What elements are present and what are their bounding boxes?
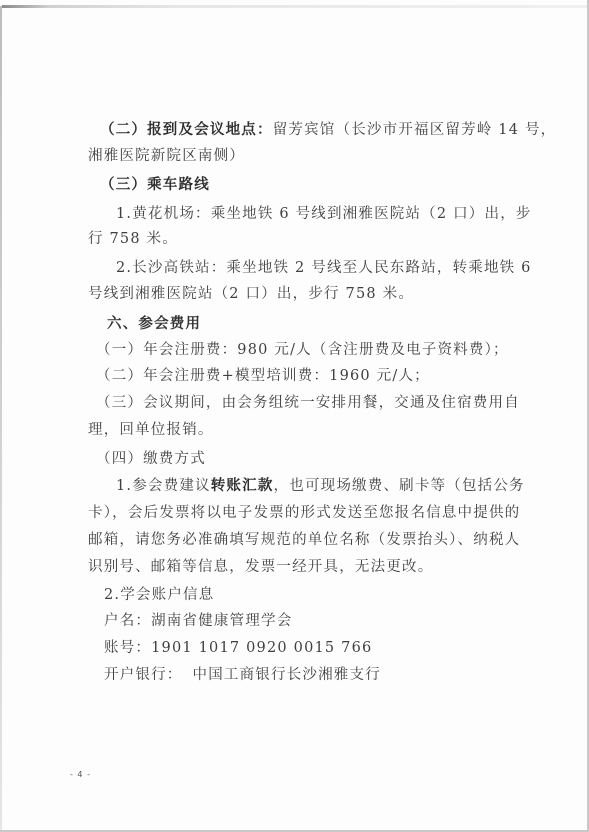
fee-item-3-line-1: （三）会议期间，由会务组统一安排用餐，交通及住宿费用自 <box>96 393 520 413</box>
payment-1-bold: 转账汇款 <box>211 477 274 494</box>
account-name-label: 户名： <box>104 613 151 629</box>
route-1-line-2: 行 758 米。 <box>88 229 178 249</box>
route-heading: （三）乘车路线 <box>100 175 210 195</box>
bank-label: 开户银行： <box>104 667 183 683</box>
account-name-line: 户名：湖南省健康管理学会 <box>104 611 292 631</box>
venue-line-1: （二）报到及会议地点：留芳宾馆（长沙市开福区留芳岭 14 号， <box>100 120 556 140</box>
payment-1-line-3: 邮箱，请您务必准确填写规范的单位名称（发票抬头）、纳税人 <box>88 530 520 550</box>
account-number-label: 账号： <box>104 640 151 656</box>
account-number-line: 账号：1901 1017 0920 0015 766 <box>104 638 372 658</box>
fee-item-1: （一）年会注册费：980 元/人（含注册费及电子资料费）； <box>96 340 509 360</box>
bank-name: 中国工商银行长沙湘雅支行 <box>193 667 381 683</box>
payment-method-heading: （四）缴费方式 <box>96 449 206 469</box>
payment-1-pre: 1.参会费建议 <box>116 478 211 494</box>
route-1-line-1: 1.黄花机场：乘坐地铁 6 号线到湘雅医院站（2 口）出，步 <box>116 204 532 224</box>
page-left-edge <box>0 6 2 830</box>
account-number: 1901 1017 0920 0015 766 <box>151 640 372 656</box>
fee-item-3-line-2: 理，回单位报销。 <box>88 420 214 440</box>
venue-line-2: 湘雅医院新院区南侧） <box>88 146 245 166</box>
bank-line: 开户银行：中国工商银行长沙湘雅支行 <box>104 665 381 685</box>
route-2-line-1: 2.长沙高铁站：乘坐地铁 2 号线至人民东路站，转乘地铁 6 <box>116 258 532 278</box>
venue-heading: （二）报到及会议地点： <box>100 121 273 138</box>
payment-1-line-1: 1.参会费建议转账汇款，也可现场缴费、刷卡等（包括公务 <box>116 476 525 496</box>
payment-1-post: ，也可现场缴费、刷卡等（包括公务 <box>274 478 525 494</box>
payment-1-line-4: 识别号、邮箱等信息，发票一经开具，无法更改。 <box>88 557 433 577</box>
fees-heading: 六、参会费用 <box>107 314 201 334</box>
route-2-line-2: 号线到湘雅医院站（2 口）出，步行 758 米。 <box>88 284 414 304</box>
venue-text: 留芳宾馆（长沙市开福区留芳岭 14 号， <box>273 122 557 138</box>
account-name: 湖南省健康管理学会 <box>151 613 292 629</box>
page-top-edge <box>2 5 587 8</box>
payment-1-line-2: 卡），会后发票将以电子发票的形式发送至您报名信息中提供的 <box>88 503 520 523</box>
account-info-heading: 2.学会账户信息 <box>104 585 214 605</box>
document-page: （二）报到及会议地点：留芳宾馆（长沙市开福区留芳岭 14 号， 湘雅医院新院区南… <box>0 0 589 832</box>
fee-item-2: （二）年会注册费+模型培训费：1960 元/人； <box>96 366 430 386</box>
page-number: - 4 - <box>70 770 91 779</box>
